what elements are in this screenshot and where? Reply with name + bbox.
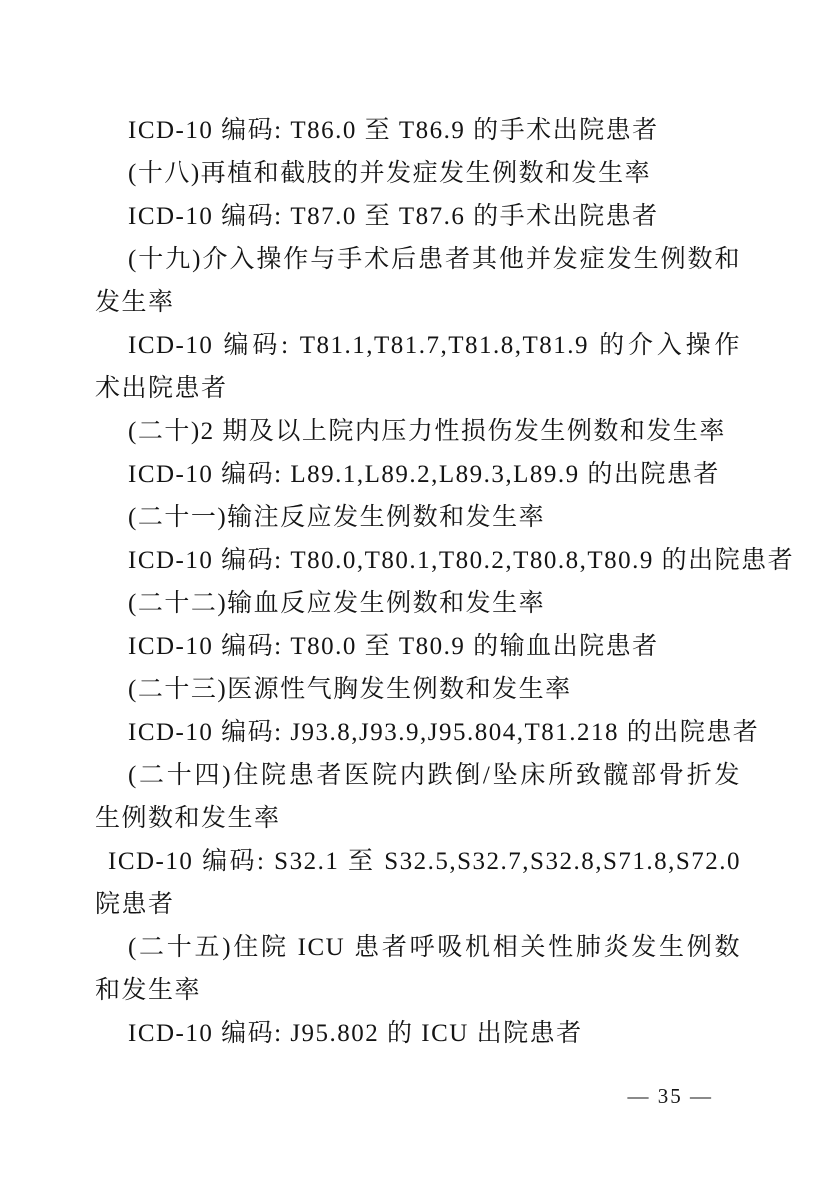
document-line: ICD-10 编码: T86.0 至 T86.9 的手术出院患者 [95, 109, 741, 152]
document-line: ICD-10 编码: T80.0 至 T80.9 的输血出院患者 [95, 625, 741, 668]
document-line: (二十)2 期及以上院内压力性损伤发生例数和发生率 [95, 410, 741, 453]
document-line: (二十三)医源性气胸发生例数和发生率 [95, 668, 741, 711]
document-line: 院患者 [95, 883, 741, 926]
document-line: ICD-10 编码: J93.8,J93.9,J95.804,T81.218 的… [95, 711, 741, 754]
document-line: 术出院患者 [95, 367, 741, 410]
document-line: ICD-10 编码: T87.0 至 T87.6 的手术出院患者 [95, 195, 741, 238]
document-page: ICD-10 编码: T86.0 至 T86.9 的手术出院患者(十八)再植和截… [0, 0, 830, 1186]
document-line: (十九)介入操作与手术后患者其他并发症发生例数和 [95, 238, 741, 281]
page-number: — 35 — [628, 1084, 714, 1108]
document-line: (二十一)输注反应发生例数和发生率 [95, 496, 741, 539]
document-line: ICD-10 编码: S32.1 至 S32.5,S32.7,S32.8,S71… [95, 840, 741, 883]
document-line: ICD-10 编码: J95.802 的 ICU 出院患者 [95, 1012, 741, 1055]
document-line: ICD-10 编码: L89.1,L89.2,L89.3,L89.9 的出院患者 [95, 453, 741, 496]
document-line: (二十四)住院患者医院内跌倒/坠床所致髋部骨折发 [95, 754, 741, 797]
document-line: (十八)再植和截肢的并发症发生例数和发生率 [95, 152, 741, 195]
document-line: (二十五)住院 ICU 患者呼吸机相关性肺炎发生例数 [95, 926, 741, 969]
document-line: (二十二)输血反应发生例数和发生率 [95, 582, 741, 625]
document-body: ICD-10 编码: T86.0 至 T86.9 的手术出院患者(十八)再植和截… [95, 109, 741, 1055]
page-footer: — 35 — [628, 1083, 714, 1109]
document-line: ICD-10 编码: T80.0,T80.1,T80.2,T80.8,T80.9… [95, 539, 741, 582]
document-line: ICD-10 编码: T81.1,T81.7,T81.8,T81.9 的介入操作… [95, 324, 741, 367]
document-line: 发生率 [95, 281, 741, 324]
document-line: 和发生率 [95, 969, 741, 1012]
document-line: 生例数和发生率 [95, 797, 741, 840]
